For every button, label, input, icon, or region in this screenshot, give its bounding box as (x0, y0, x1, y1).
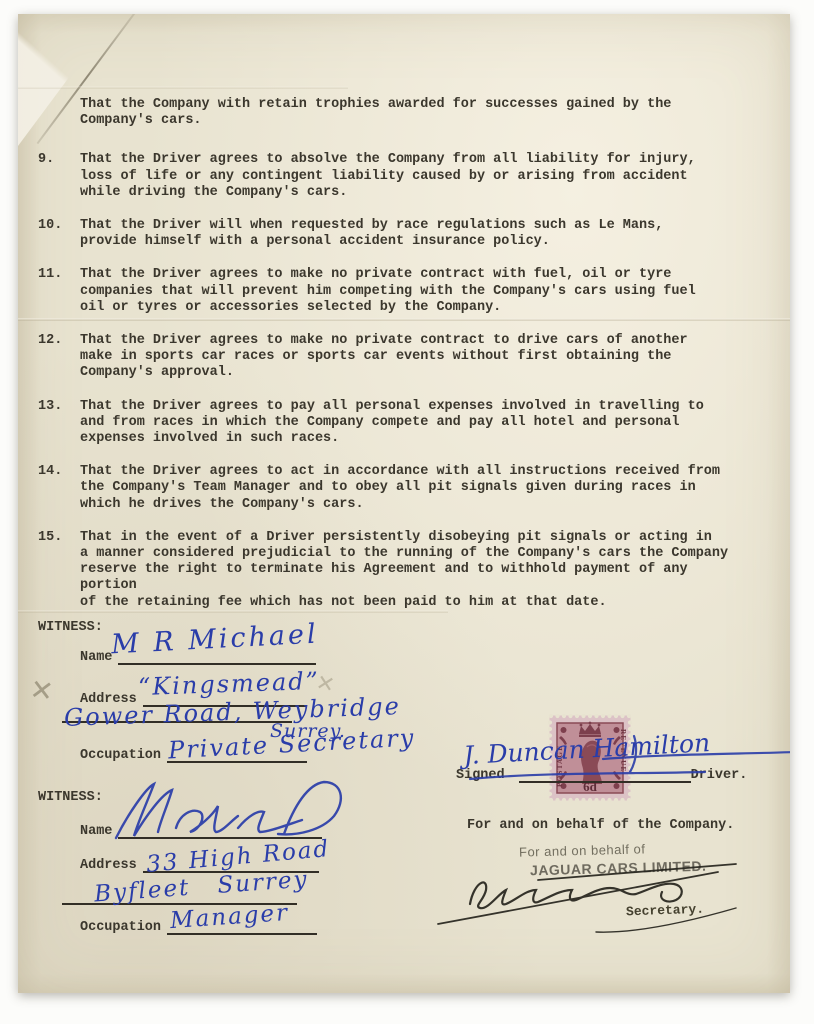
rubber-stamp-line2: JAGUAR CARS LIMITED. (530, 858, 707, 879)
witness2-name-rule (118, 824, 322, 839)
clause-text: That the Driver agrees to make no privat… (80, 333, 740, 382)
witness1-label: WITNESS: (38, 620, 103, 635)
horizontal-crease (18, 86, 348, 89)
clause-row: 15. That in the event of a Driver persis… (38, 530, 750, 611)
witness2-occupation-label: Occupation (80, 920, 161, 935)
witness2-address-label: Address (80, 858, 137, 873)
clause-number: 14. (38, 464, 80, 513)
secretary-label: Secretary. (626, 902, 704, 920)
paper-sheet: That the Company with retain trophies aw… (18, 14, 790, 993)
postage-revenue-stamp: POSTAGE REVENUE 6d (548, 714, 632, 802)
clause-row: 13. That the Driver agrees to pay all pe… (38, 399, 750, 448)
rubber-stamp-line1: For and on behalf of (519, 841, 646, 859)
clause-row: 12. That the Driver agrees to make no pr… (38, 333, 750, 382)
clause-list: That the Company with retain trophies aw… (38, 97, 750, 628)
clause-number: 11. (38, 267, 80, 316)
clause-row: That the Company with retain trophies aw… (38, 97, 750, 129)
pencil-x-mark: ✕ (28, 673, 56, 709)
clause-text: That the Driver agrees to make no privat… (80, 267, 740, 316)
signed-rule (519, 768, 691, 783)
clause-row: 14. That the Driver agrees to act in acc… (38, 464, 750, 513)
driver-label: Driver. (691, 768, 748, 783)
clause-number: 13. (38, 399, 80, 448)
witness2-label: WITNESS: (38, 790, 103, 805)
clause-number: 12. (38, 333, 80, 382)
clause-number: 15. (38, 530, 80, 611)
witness2-name-row: Name (80, 824, 322, 839)
clause-text: That in the event of a Driver persistent… (80, 530, 740, 611)
clause-text: That the Driver agrees to pay all person… (80, 399, 740, 448)
clause-number: 9. (38, 152, 80, 201)
behalf-company-line: For and on behalf of the Company. (467, 818, 734, 833)
clause-text: That the Driver agrees to absolve the Co… (80, 152, 740, 201)
stamp-revenue-label: REVENUE (619, 729, 627, 773)
signed-row: Signed Driver. (456, 768, 747, 783)
clause-number: 10. (38, 218, 80, 250)
clause-text: That the Driver will when requested by r… (80, 218, 740, 250)
signed-label: Signed (456, 768, 505, 783)
scanned-document-page: That the Company with retain trophies aw… (0, 0, 814, 1024)
witness2-name-label: Name (80, 824, 112, 839)
clause-row: 9. That the Driver agrees to absolve the… (38, 152, 750, 201)
clause-row: 11. That the Driver agrees to make no pr… (38, 267, 750, 316)
clause-number (38, 97, 80, 129)
witness1-name-label: Name (80, 650, 112, 665)
clause-text: That the Driver agrees to act in accorda… (80, 464, 740, 513)
clause-row: 10. That the Driver will when requested … (38, 218, 750, 250)
clause-text: That the Company with retain trophies aw… (80, 97, 740, 129)
witness1-occupation-label: Occupation (80, 748, 161, 763)
